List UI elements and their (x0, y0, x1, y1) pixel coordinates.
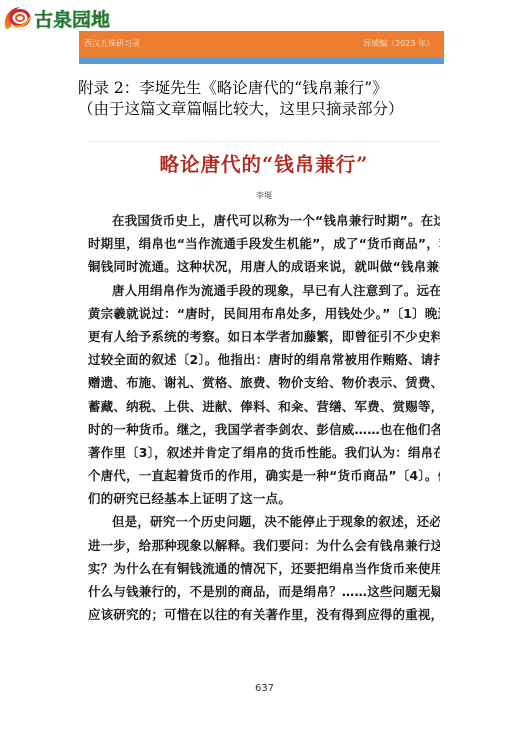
header-divider-stripe (79, 58, 444, 64)
body-line: 时的一种货币。继之，我国学者李剑农、彭信威……也在他们各自的 (88, 418, 440, 441)
logo-text: 古泉园地 (34, 5, 110, 32)
body-line: 赠遗、布施、谢礼、赏格、旅费、物价支给、物价表示、赁费、放债、 (88, 371, 440, 394)
body-line: 过较全面的叙述〔2〕。他指出：唐时的绢帛常被用作贿赂、请托、 (88, 348, 440, 371)
appendix-title: 附录 2：李埏先生《略论唐代的“钱帛兼行”》 (78, 78, 458, 99)
article-excerpt-image: 略论唐代的“钱帛兼行” 李埏 在我国货币史上，唐代可以称为一个“钱帛兼行时期”。… (88, 141, 440, 662)
body-line: 但是，研究一个历史问题，决不能停止于现象的叙述，还必须更 (88, 510, 440, 533)
body-line: 什么与钱兼行的，不是别的商品，而是绢帛？……这些问题无疑都是 (88, 580, 440, 603)
body-line: 更有人给予系统的考察。如日本学者加藤繁，即曾征引不少史料，作 (88, 325, 440, 348)
body-line: 铜钱同时流通。这种状况，用唐人的成语来说，就叫做“钱帛兼行”。 (88, 255, 440, 278)
body-line: 实？为什么在有铜钱流通的情况下，还要把绢帛当作货币来使用？为 (88, 557, 440, 580)
volume-label: 异域编（2023 年） (363, 38, 434, 49)
body-line: 进一步，给那种现象以解释。我们要问：为什么会有钱帛兼行这种事 (88, 534, 440, 557)
page-number: 637 (0, 683, 529, 694)
article-title: 略论唐代的“钱帛兼行” (88, 149, 440, 177)
body-line: 唐人用绢帛作为流通手段的现象，早已有人注意到了。远在清初， (88, 279, 440, 302)
body-line: 们的研究已经基本上证明了这一点。 (88, 487, 440, 510)
body-line: 时期里，绢帛也“当作流通手段发生机能”，成了“货币商品”，和 (88, 232, 440, 255)
body-line: 应该研究的；可惜在以往的有关著作里，没有得到应得的重视，因而 (88, 603, 440, 626)
body-line: 著作里〔3〕，叙述并肯定了绢帛的货币性能。我们认为：绢帛在整 (88, 441, 440, 464)
running-header-bar: 西汉五铢研习录 异域编（2023 年） (79, 31, 444, 58)
article-body: 在我国货币史上，唐代可以称为一个“钱帛兼行时期”。在这个 时期里，绢帛也“当作流… (88, 209, 440, 626)
swirl-logo-icon (2, 4, 32, 32)
article-author: 李埏 (88, 190, 440, 201)
body-line: 黄宗羲就说过：“唐时，民间用布帛处多，用钱处少。”〔1〕晚近， (88, 302, 440, 325)
body-line: 在我国货币史上，唐代可以称为一个“钱帛兼行时期”。在这个 (88, 209, 440, 232)
appendix-note: （由于这篇文章篇幅比较大，这里只摘录部分） (78, 99, 458, 120)
site-watermark-logo: 古泉园地 (2, 3, 110, 33)
appendix-heading: 附录 2：李埏先生《略论唐代的“钱帛兼行”》 （由于这篇文章篇幅比较大，这里只摘… (78, 78, 458, 120)
body-line: 个唐代，一直起着货币的作用，确实是一种“货币商品”〔4〕。他 (88, 464, 440, 487)
book-title: 西汉五铢研习录 (84, 38, 140, 49)
body-line: 蓄藏、纳税、上供、进献、俸料、和籴、营缮、军费、赏赐等，是当 (88, 395, 440, 418)
